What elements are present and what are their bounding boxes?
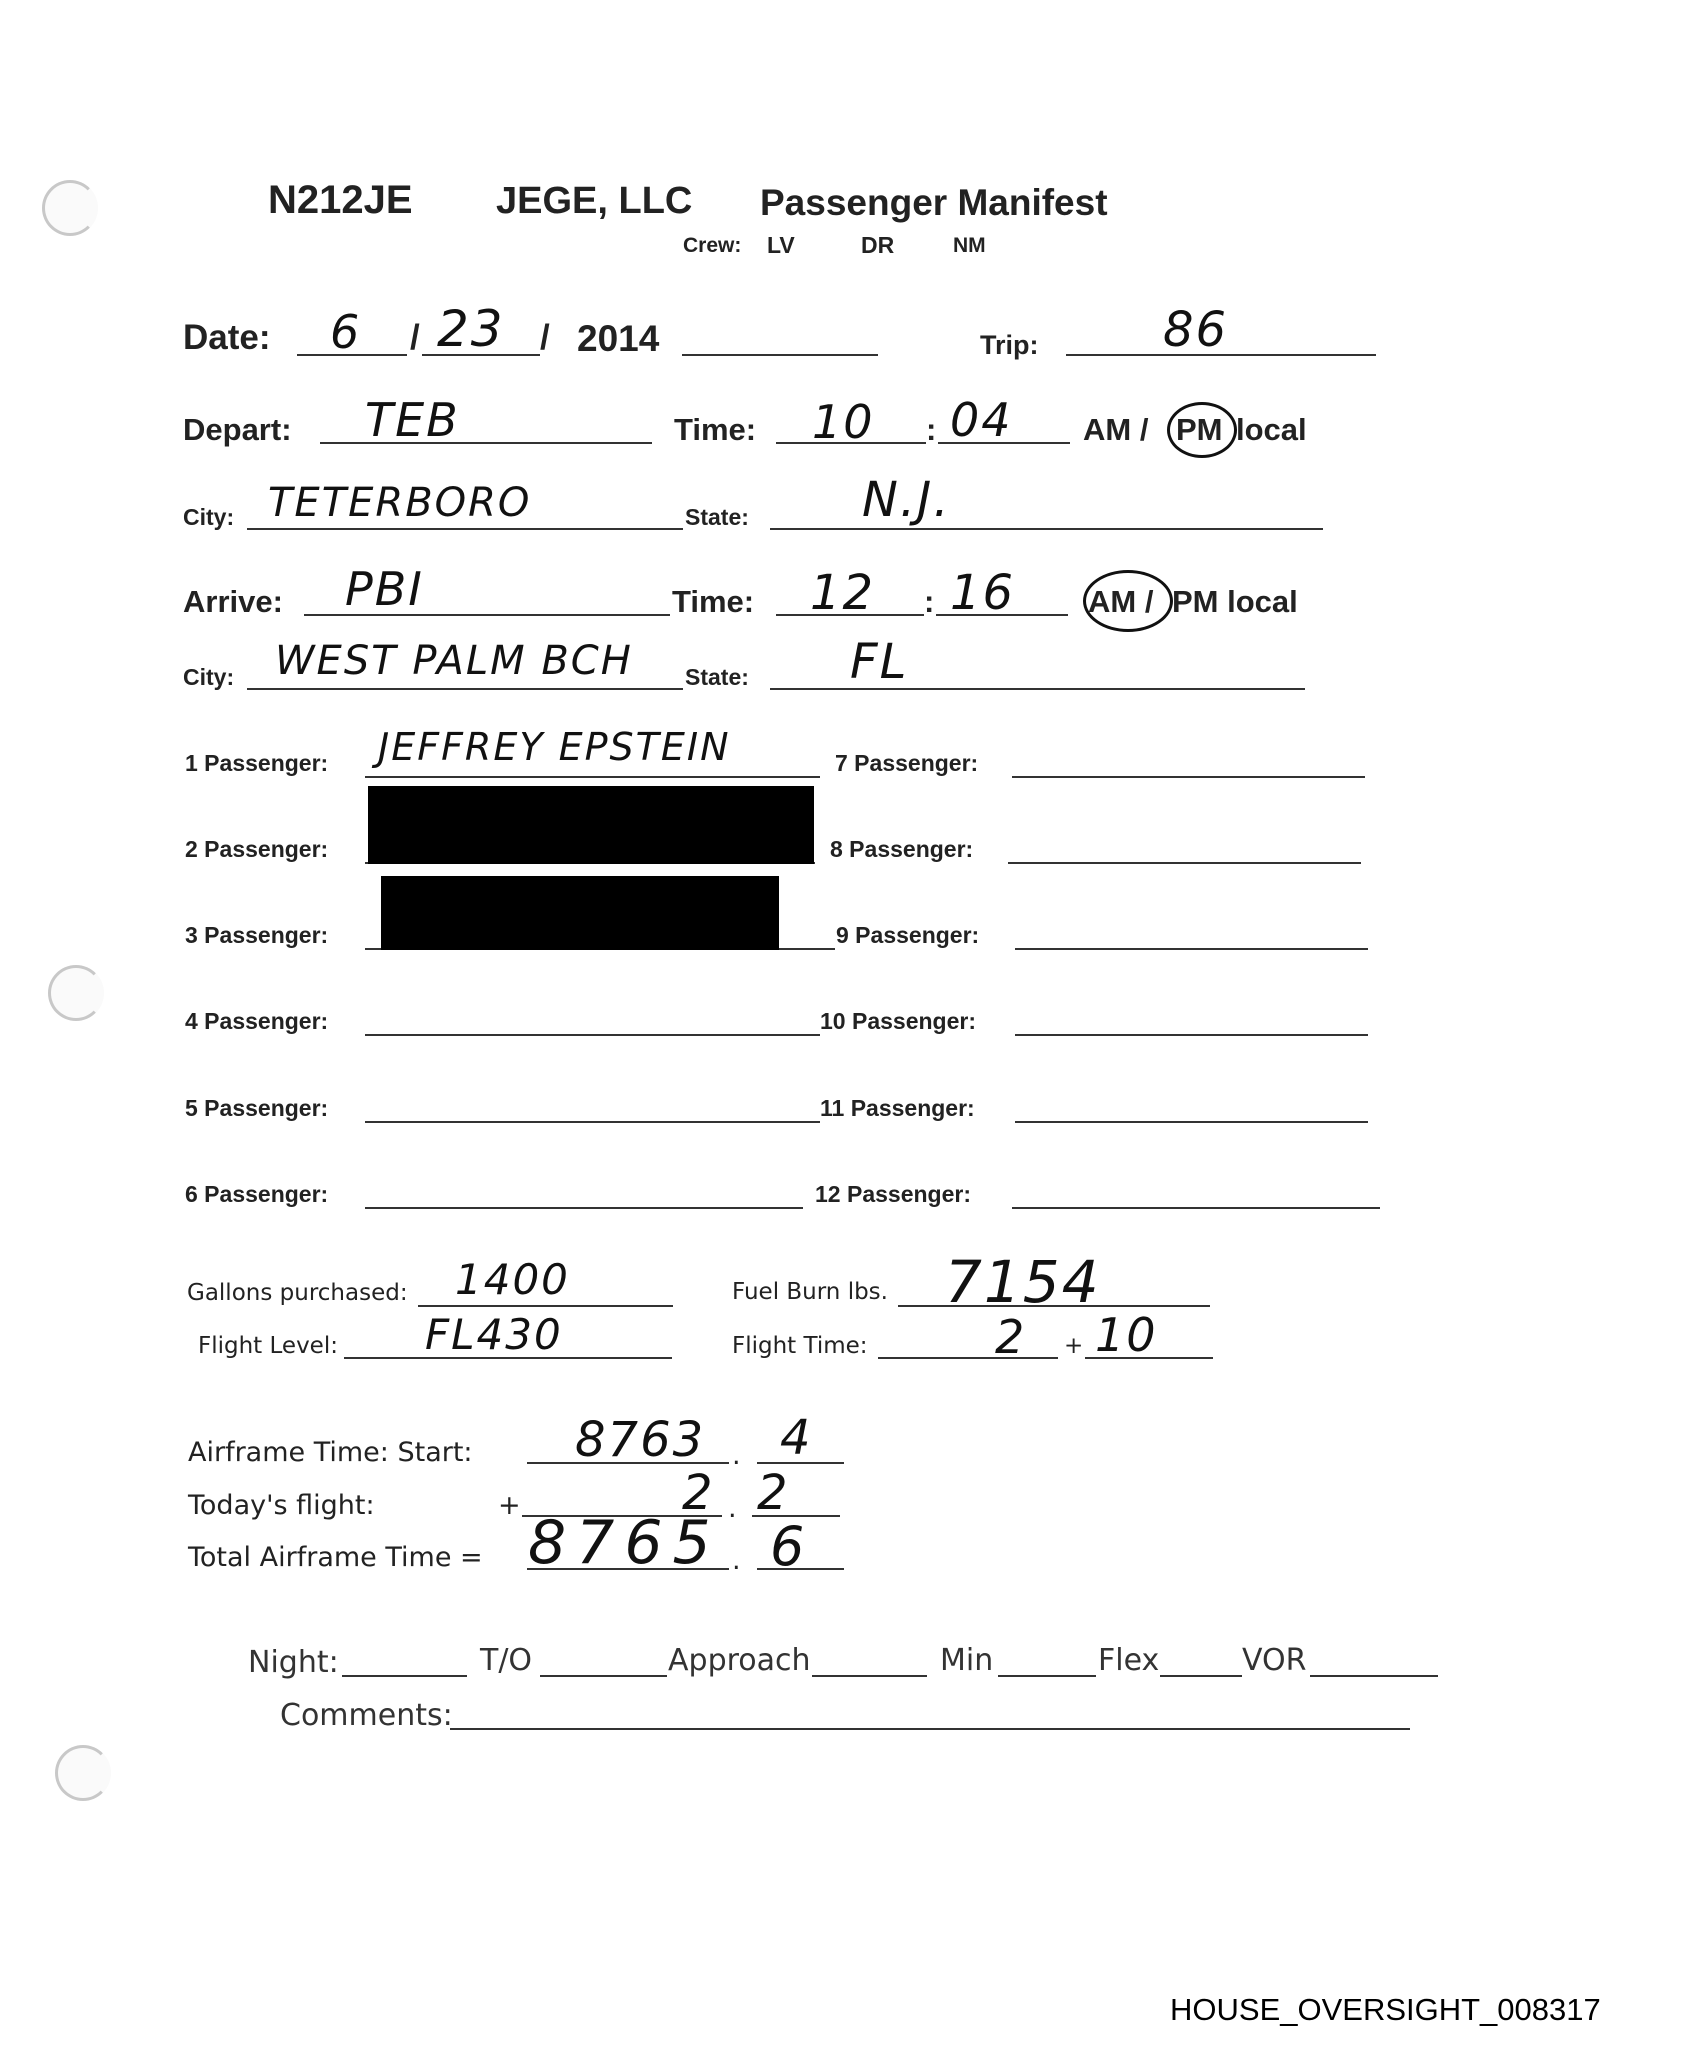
passenger-4-label: 4 Passenger:: [185, 1008, 328, 1035]
depart-time-label: Time:: [674, 412, 756, 448]
arrive-time-label: Time:: [672, 584, 754, 620]
arrive-label: Arrive:: [183, 584, 283, 620]
depart-minute-value: 04: [950, 393, 1013, 447]
airframe-start-tenth-value: 4: [780, 1410, 813, 1466]
flight-level-value: FL430: [425, 1310, 563, 1359]
depart-hour-value: 10: [812, 395, 875, 449]
today-flight-label: Today's flight:: [188, 1490, 375, 1521]
passenger-8-label: 8 Passenger:: [830, 836, 973, 863]
passenger-6-label: 6 Passenger:: [185, 1181, 328, 1208]
passenger-9-field[interactable]: [1015, 948, 1368, 950]
approach-field[interactable]: [812, 1675, 927, 1677]
passenger-4-field[interactable]: [365, 1034, 820, 1036]
flight-time-label: Flight Time:: [732, 1333, 868, 1359]
gallons-field[interactable]: [418, 1305, 673, 1307]
depart-city-label: City:: [183, 504, 234, 531]
flight-time-minutes-value: 10: [1095, 1308, 1158, 1362]
tail-number: N212JE: [268, 178, 413, 223]
passenger-2-label: 2 Passenger:: [185, 836, 328, 863]
arrive-hour-value: 12: [810, 565, 875, 621]
flex-label: Flex: [1098, 1643, 1159, 1678]
passenger-12-field[interactable]: [1012, 1207, 1380, 1209]
passenger-1-value: JEFFREY EPSTEIN: [378, 725, 731, 769]
date-separator: /: [410, 318, 420, 358]
operator-name: JEGE, LLC: [496, 180, 692, 223]
passenger-5-field[interactable]: [365, 1121, 820, 1123]
decimal-point: .: [728, 1493, 737, 1524]
passenger-9-label: 9 Passenger:: [836, 922, 979, 949]
depart-airport-value: TEB: [365, 393, 460, 447]
decimal-point: .: [732, 1545, 741, 1576]
comments-label: Comments:: [280, 1698, 453, 1733]
night-label: Night:: [248, 1645, 339, 1680]
decimal-point: .: [732, 1440, 741, 1471]
passenger-1-field[interactable]: [365, 776, 820, 778]
vor-field[interactable]: [1310, 1675, 1438, 1677]
today-tenth-value: 2: [757, 1465, 790, 1521]
passenger-7-field[interactable]: [1012, 776, 1365, 778]
flight-time-hours-field[interactable]: [878, 1357, 1058, 1359]
crew-member: DR: [861, 232, 894, 259]
depart-state-value: N.J.: [862, 472, 951, 528]
passenger-6-field[interactable]: [365, 1207, 803, 1209]
arrive-pm-option[interactable]: PM local: [1172, 584, 1298, 620]
depart-state-field[interactable]: [770, 528, 1323, 530]
arrive-city-value: WEST PALM BCH: [275, 638, 633, 684]
airframe-start-label: Airframe Time: Start:: [188, 1437, 473, 1468]
page-title: Passenger Manifest: [760, 182, 1108, 224]
arrive-state-value: FL: [850, 634, 908, 690]
flight-time-plus: +: [1064, 1333, 1083, 1359]
time-colon: :: [926, 412, 936, 448]
airframe-start-whole-value: 8763: [575, 1412, 705, 1468]
passenger-3-label: 3 Passenger:: [185, 922, 328, 949]
time-colon: :: [924, 584, 934, 620]
passenger-12-label: 12 Passenger:: [815, 1181, 971, 1208]
takeoff-label: T/O: [480, 1643, 532, 1678]
passenger-11-field[interactable]: [1015, 1121, 1368, 1123]
arrive-city-field[interactable]: [247, 688, 683, 690]
fuel-burn-value: 7154: [945, 1248, 1101, 1316]
date-day-value: 23: [437, 300, 505, 358]
total-airframe-label: Total Airframe Time =: [188, 1542, 483, 1573]
flex-field[interactable]: [1160, 1675, 1242, 1677]
crew-label: Crew:: [683, 234, 741, 258]
flight-level-label: Flight Level:: [198, 1333, 338, 1359]
min-label: Min: [940, 1643, 993, 1678]
fuel-burn-label: Fuel Burn lbs.: [732, 1279, 888, 1305]
today-plus: +: [498, 1490, 521, 1521]
arrive-state-label: State:: [685, 664, 749, 691]
local-label: local: [1236, 412, 1307, 448]
date-label: Date:: [183, 318, 271, 358]
crew-member: NM: [953, 234, 986, 258]
pm-selected-circle: [1167, 402, 1237, 458]
passenger-7-label: 7 Passenger:: [835, 750, 978, 777]
bates-number: HOUSE_OVERSIGHT_008317: [1170, 1992, 1601, 2028]
comments-field[interactable]: [450, 1728, 1410, 1730]
trip-number-value: 86: [1163, 302, 1228, 358]
trip-label: Trip:: [980, 330, 1039, 361]
am-selected-circle: [1083, 570, 1173, 632]
flight-time-hours-value: 2: [995, 1310, 1026, 1364]
date-separator: /: [540, 318, 550, 358]
passenger-1-label: 1 Passenger:: [185, 750, 328, 777]
total-whole-value: 8765: [528, 1508, 721, 1578]
passenger-8-field[interactable]: [1008, 862, 1361, 864]
vor-label: VOR: [1242, 1643, 1306, 1678]
depart-label: Depart:: [183, 412, 292, 448]
passenger-10-label: 10 Passenger:: [820, 1008, 976, 1035]
arrive-minute-value: 16: [950, 565, 1015, 621]
arrive-city-label: City:: [183, 664, 234, 691]
min-field[interactable]: [998, 1675, 1096, 1677]
depart-city-value: TETERBORO: [268, 480, 531, 526]
redaction-box: [368, 786, 814, 864]
depart-state-label: State:: [685, 504, 749, 531]
date-month-value: 6: [330, 305, 361, 359]
binder-hole: [55, 1745, 111, 1801]
passenger-10-field[interactable]: [1015, 1034, 1368, 1036]
redaction-box: [381, 876, 779, 950]
depart-city-field[interactable]: [247, 528, 683, 530]
passenger-11-label: 11 Passenger:: [820, 1095, 975, 1122]
date-extra-field[interactable]: [682, 354, 878, 356]
total-tenth-value: 6: [770, 1515, 806, 1578]
depart-am-option[interactable]: AM /: [1083, 412, 1148, 448]
binder-hole: [48, 965, 104, 1021]
arrive-airport-value: PBI: [345, 562, 424, 616]
date-year: 2014: [577, 318, 659, 360]
gallons-label: Gallons purchased:: [187, 1280, 408, 1306]
crew-member: LV: [767, 232, 795, 259]
passenger-5-label: 5 Passenger:: [185, 1095, 328, 1122]
night-field[interactable]: [342, 1675, 467, 1677]
gallons-value: 1400: [455, 1255, 570, 1304]
approach-label: Approach: [668, 1643, 811, 1678]
binder-hole: [42, 180, 98, 236]
takeoff-field[interactable]: [540, 1675, 667, 1677]
